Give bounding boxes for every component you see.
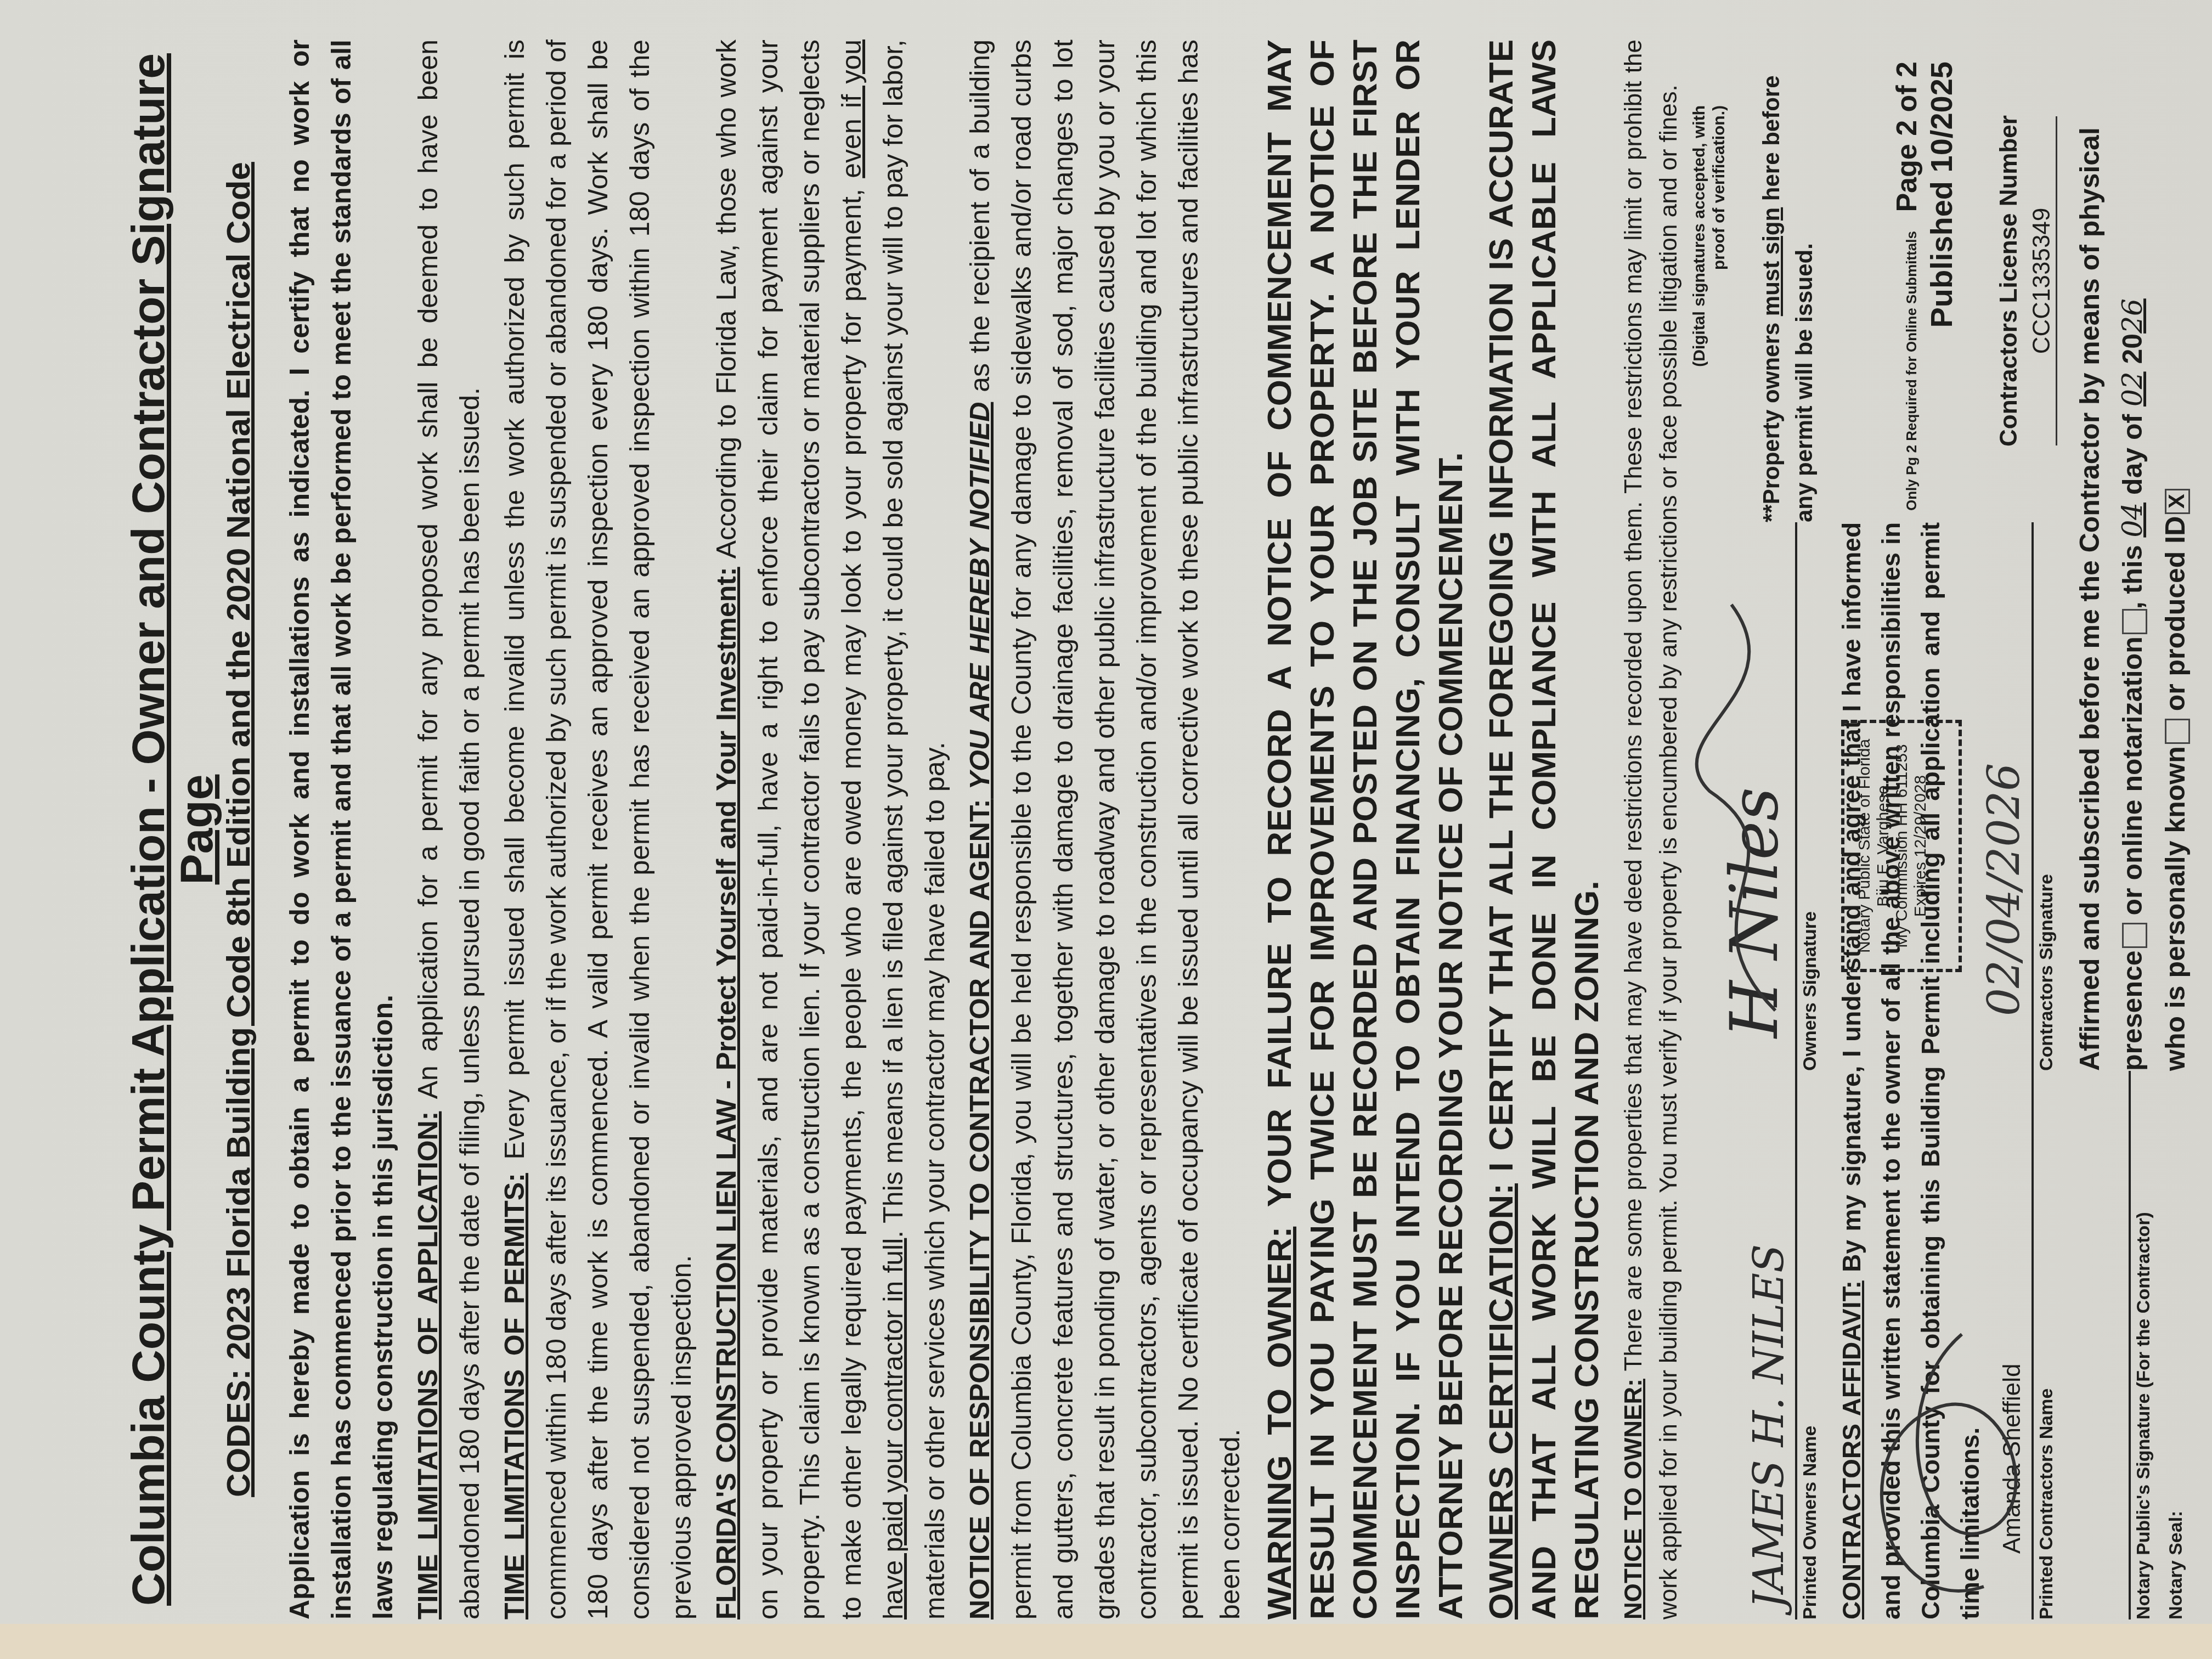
- owners-certification: OWNERS CERTIFICATION: I CERTIFY THAT ALL…: [1480, 39, 1609, 1620]
- year-value[interactable]: 26: [2117, 298, 2148, 334]
- notary-row: Notary Public's Signature (For the Contr…: [2068, 39, 2197, 1620]
- online-submittal-note: Only Pg 2 Required for Online Submittals: [1903, 231, 1920, 511]
- permit-signature-page: Columbia County Permit Application - Own…: [42, 18, 2170, 1641]
- notice-to-owner: NOTICE TO OWNER: There are some properti…: [1616, 39, 1686, 1620]
- section-notice-responsibility: NOTICE OF RESPONSIBILITY TO CONTRACTOR A…: [959, 39, 1251, 1620]
- printed-contractor-name-label: Printed Contractors Name: [2036, 1071, 2057, 1620]
- contractors-affidavit: CONTRACTORS AFFIDAVIT: By my signature, …: [1832, 522, 1990, 1620]
- notary-signature-label: Notary Public's Signature (For the Contr…: [2133, 1071, 2154, 1620]
- affirmation: Affirmed and subscribed before me the Co…: [2068, 39, 2197, 1071]
- section-time-limit-application: TIME LIMITATIONS OF APPLICATION: An appl…: [407, 39, 490, 1620]
- section-lien-law: FLORIDA'S CONSTRUCTION LIEN LAW - Protec…: [706, 39, 956, 1620]
- license-number[interactable]: CCC1335349: [2028, 116, 2057, 445]
- section-time-limit-permits: TIME LIMITATIONS OF PERMITS: Every permi…: [494, 39, 702, 1620]
- day-value[interactable]: 04: [2117, 503, 2148, 538]
- personally-known-checkbox[interactable]: [2165, 719, 2190, 744]
- notary-seal-stamp: Notary Public State of Florida Biju E. V…: [1841, 720, 1962, 972]
- produced-id-checkbox[interactable]: X: [2165, 489, 2190, 514]
- notary-signature-field[interactable]: [2068, 1071, 2131, 1620]
- contractor-signature-label: Contractors Signature: [2036, 522, 2057, 1071]
- presence-checkbox[interactable]: [2122, 923, 2147, 948]
- printed-owner-name-label: Printed Owners Name: [1799, 1071, 1821, 1620]
- owner-signature-row: JAMES H. NILES Printed Owners Name H Nil…: [1735, 39, 1821, 1620]
- printed-owner-name-field[interactable]: JAMES H. NILES: [1735, 1071, 1797, 1620]
- page-title: Columbia County Permit Application - Own…: [124, 39, 221, 1620]
- intro-paragraph: Application is hereby made to obtain a p…: [279, 39, 404, 1620]
- page-number: Page 2 of 2: [1891, 61, 1923, 212]
- handwritten-date: 02/04/2026: [1978, 763, 2029, 1016]
- must-sign-note: **Property owners must sign here before …: [1755, 39, 1821, 522]
- printed-contractor-name-field[interactable]: Amanda Sheffield: [1971, 1071, 2034, 1620]
- month-value[interactable]: 02: [2117, 371, 2148, 407]
- page-footer: Only Pg 2 Required for Online Submittals…: [1891, 61, 1959, 511]
- published-date: Published 10/2025: [1923, 61, 1959, 511]
- notary-seal-label: Notary Seal:: [2165, 1071, 2187, 1620]
- owner-signature-label: Owners Signature: [1799, 522, 1821, 1071]
- codes-subtitle: CODES: 2023 Florida Building Code 8th Ed…: [221, 39, 257, 1620]
- owner-signature-field[interactable]: H Niles: [1735, 522, 1797, 1071]
- online-notarization-checkbox[interactable]: [2122, 609, 2147, 634]
- license-label: Contractors License Number: [1995, 39, 2023, 522]
- digital-signature-note: (Digital signatures accepted, with proof…: [1690, 105, 1729, 413]
- warning-to-owner: WARNING TO OWNER: YOUR FAILURE TO RECORD…: [1259, 39, 1472, 1620]
- license-block: Contractors License Number CCC1335349: [1995, 39, 2057, 522]
